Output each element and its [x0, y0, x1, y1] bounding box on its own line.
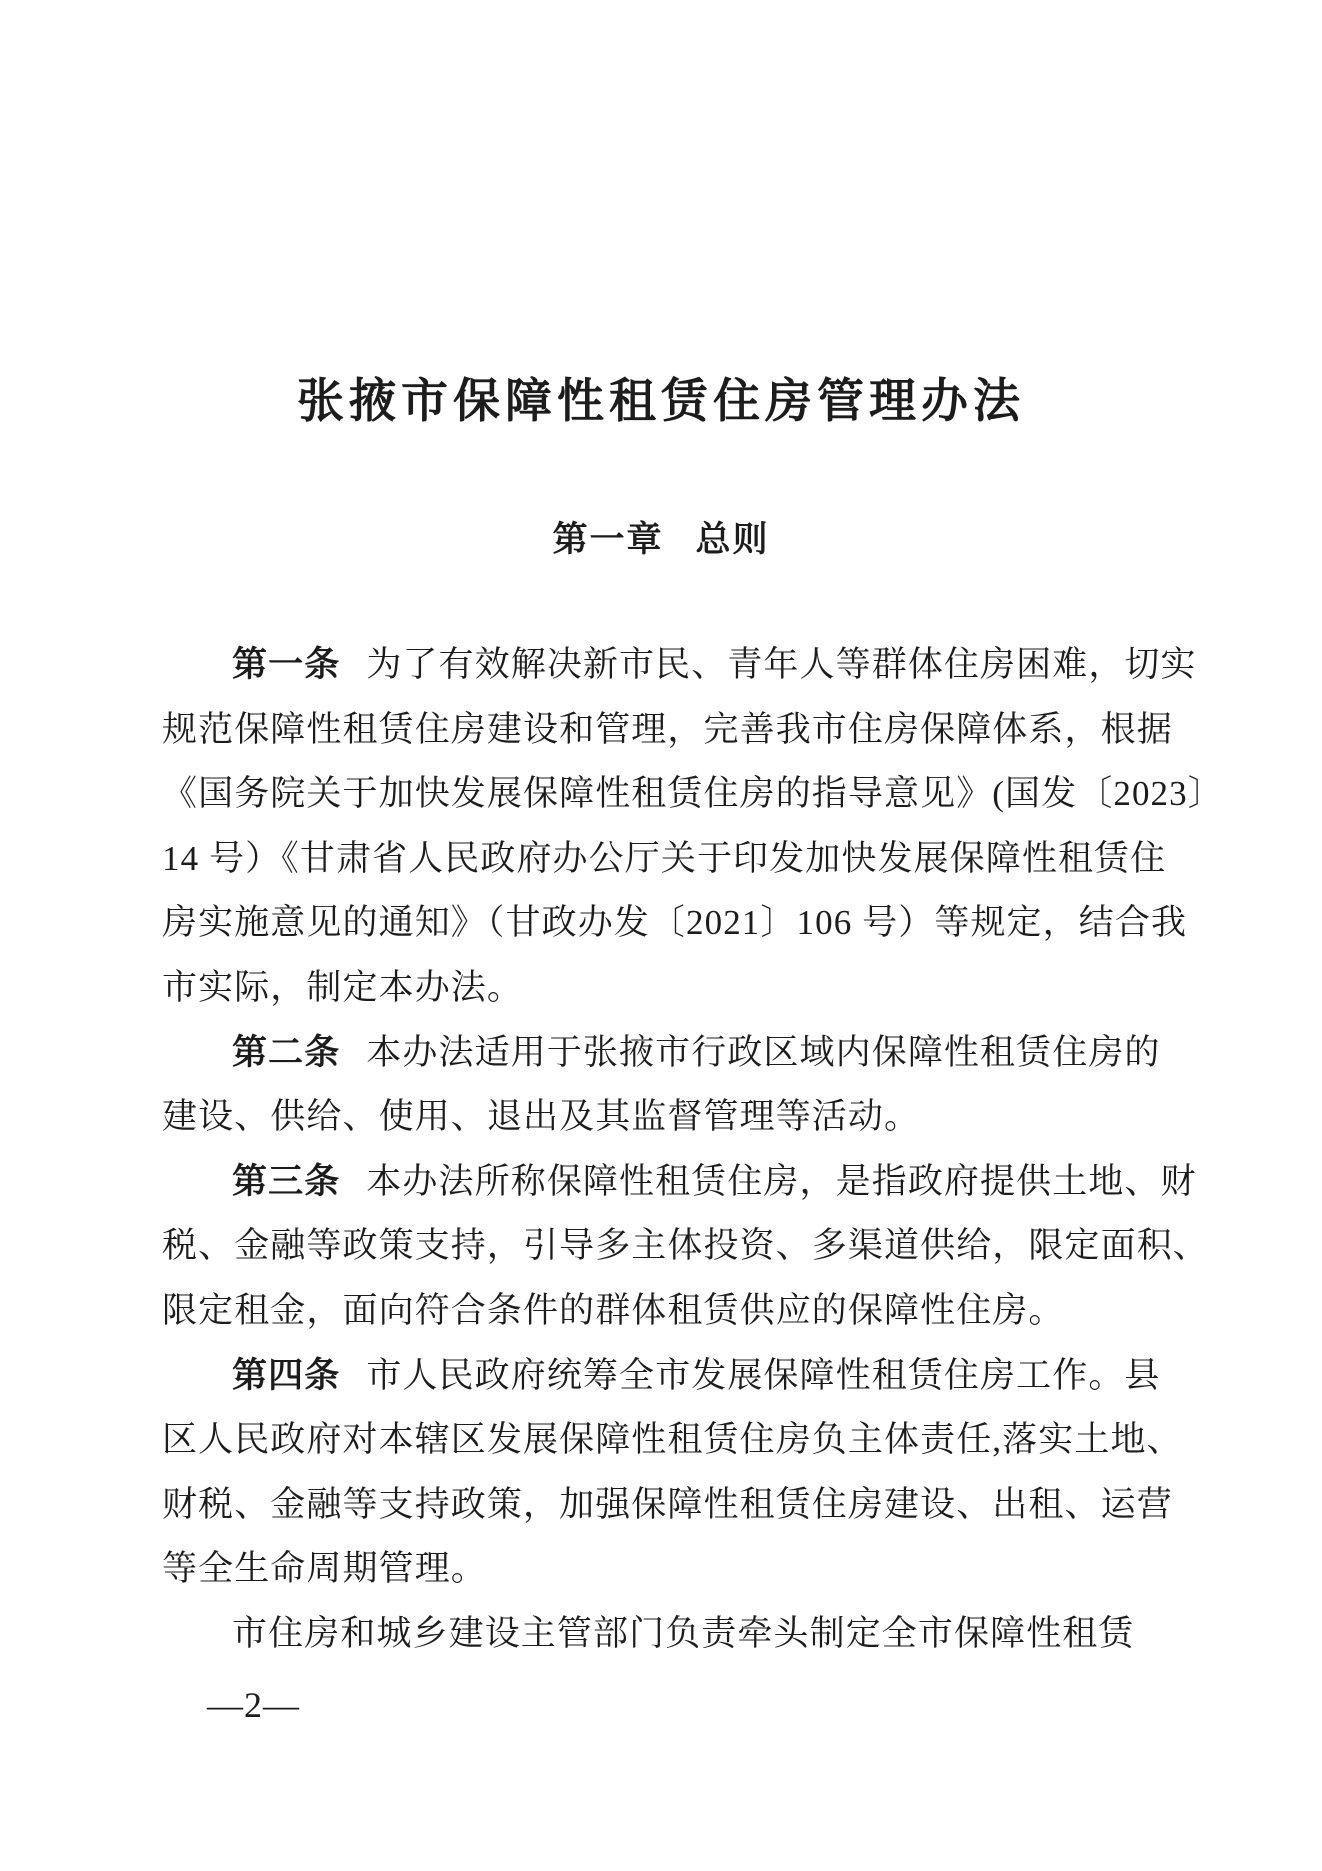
line-text: 市人民政府统筹全市发展保障性租赁住房工作。县 — [366, 1356, 1160, 1395]
line-text: 限定租金，面向符合条件的群体租赁供应的保障性住房。 — [162, 1291, 1065, 1330]
document-page: 张掖市保障性租赁住房管理办法 第一章总则 第一条为了有效解决新市民、青年人等群体… — [0, 0, 1322, 1871]
body-line: 市实际，制定本办法。 — [162, 956, 1175, 1021]
line-text: 财税、金融等支持政策，加强保障性租赁住房建设、出租、运营 — [162, 1485, 1173, 1524]
body-line: 第一条为了有效解决新市民、青年人等群体住房困难，切实 — [162, 633, 1175, 698]
line-text: 税、金融等政策支持，引导多主体投资、多渠道供给，限定面积、 — [162, 1226, 1209, 1265]
line-text: 为了有效解决新市民、青年人等群体住房困难，切实 — [366, 645, 1196, 684]
body-line: 第三条本办法所称保障性租赁住房，是指政府提供土地、财 — [162, 1150, 1175, 1215]
body-line: 区人民政府对本辖区发展保障性租赁住房负主体责任,落实土地、 — [162, 1408, 1175, 1473]
line-text: 14 号）《甘肃省人民政府办公厅关于印发加快发展保障性租赁住 — [162, 839, 1166, 878]
chapter-title: 总则 — [696, 520, 770, 559]
chapter-heading: 第一章总则 — [0, 512, 1322, 562]
line-text: 建设、供给、使用、退出及其监督管理等活动。 — [162, 1097, 920, 1136]
line-text: 等全生命周期管理。 — [162, 1549, 487, 1588]
line-text: 市实际，制定本办法。 — [162, 968, 523, 1007]
body-line: 限定租金，面向符合条件的群体租赁供应的保障性住房。 — [162, 1279, 1175, 1344]
body-line: 市住房和城乡建设主管部门负责牵头制定全市保障性租赁 — [162, 1602, 1175, 1667]
body-line: 税、金融等政策支持，引导多主体投资、多渠道供给，限定面积、 — [162, 1214, 1175, 1279]
body-line: 第二条本办法适用于张掖市行政区域内保障性租赁住房的 — [162, 1021, 1175, 1086]
line-text: 本办法适用于张掖市行政区域内保障性租赁住房的 — [366, 1033, 1160, 1072]
line-text: 房实施意见的通知》（甘政办发〔2021〕106 号）等规定，结合我 — [162, 903, 1187, 942]
line-text: 区人民政府对本辖区发展保障性租赁住房负主体责任,落实土地、 — [162, 1420, 1183, 1459]
body-line: 建设、供给、使用、退出及其监督管理等活动。 — [162, 1085, 1175, 1150]
body-line: 房实施意见的通知》（甘政办发〔2021〕106 号）等规定，结合我 — [162, 891, 1175, 956]
chapter-number: 第一章 — [552, 520, 663, 559]
document-body: 第一条为了有效解决新市民、青年人等群体住房困难，切实 规范保障性租赁住房建设和管… — [162, 633, 1175, 1667]
body-line: 规范保障性租赁住房建设和管理，完善我市住房保障体系，根据 — [162, 698, 1175, 763]
line-text: 本办法所称保障性租赁住房，是指政府提供土地、财 — [366, 1162, 1196, 1201]
body-line: 14 号）《甘肃省人民政府办公厅关于印发加快发展保障性租赁住 — [162, 827, 1175, 892]
line-text: 市住房和城乡建设主管部门负责牵头制定全市保障性租赁 — [232, 1614, 1135, 1653]
line-text: 《国务院关于加快发展保障性租赁住房的指导意见》(国发〔2023〕 — [162, 774, 1224, 813]
article-number: 第四条 — [232, 1356, 340, 1395]
body-line: 第四条市人民政府统筹全市发展保障性租赁住房工作。县 — [162, 1344, 1175, 1409]
body-line: 等全生命周期管理。 — [162, 1537, 1175, 1602]
body-line: 《国务院关于加快发展保障性租赁住房的指导意见》(国发〔2023〕 — [162, 762, 1175, 827]
body-line: 财税、金融等支持政策，加强保障性租赁住房建设、出租、运营 — [162, 1473, 1175, 1538]
article-number: 第一条 — [232, 645, 340, 684]
article-number: 第二条 — [232, 1033, 340, 1072]
line-text: 规范保障性租赁住房建设和管理，完善我市住房保障体系，根据 — [162, 710, 1173, 749]
article-number: 第三条 — [232, 1162, 340, 1201]
page-number: —2— — [207, 1684, 300, 1726]
document-title: 张掖市保障性租赁住房管理办法 — [0, 364, 1322, 431]
